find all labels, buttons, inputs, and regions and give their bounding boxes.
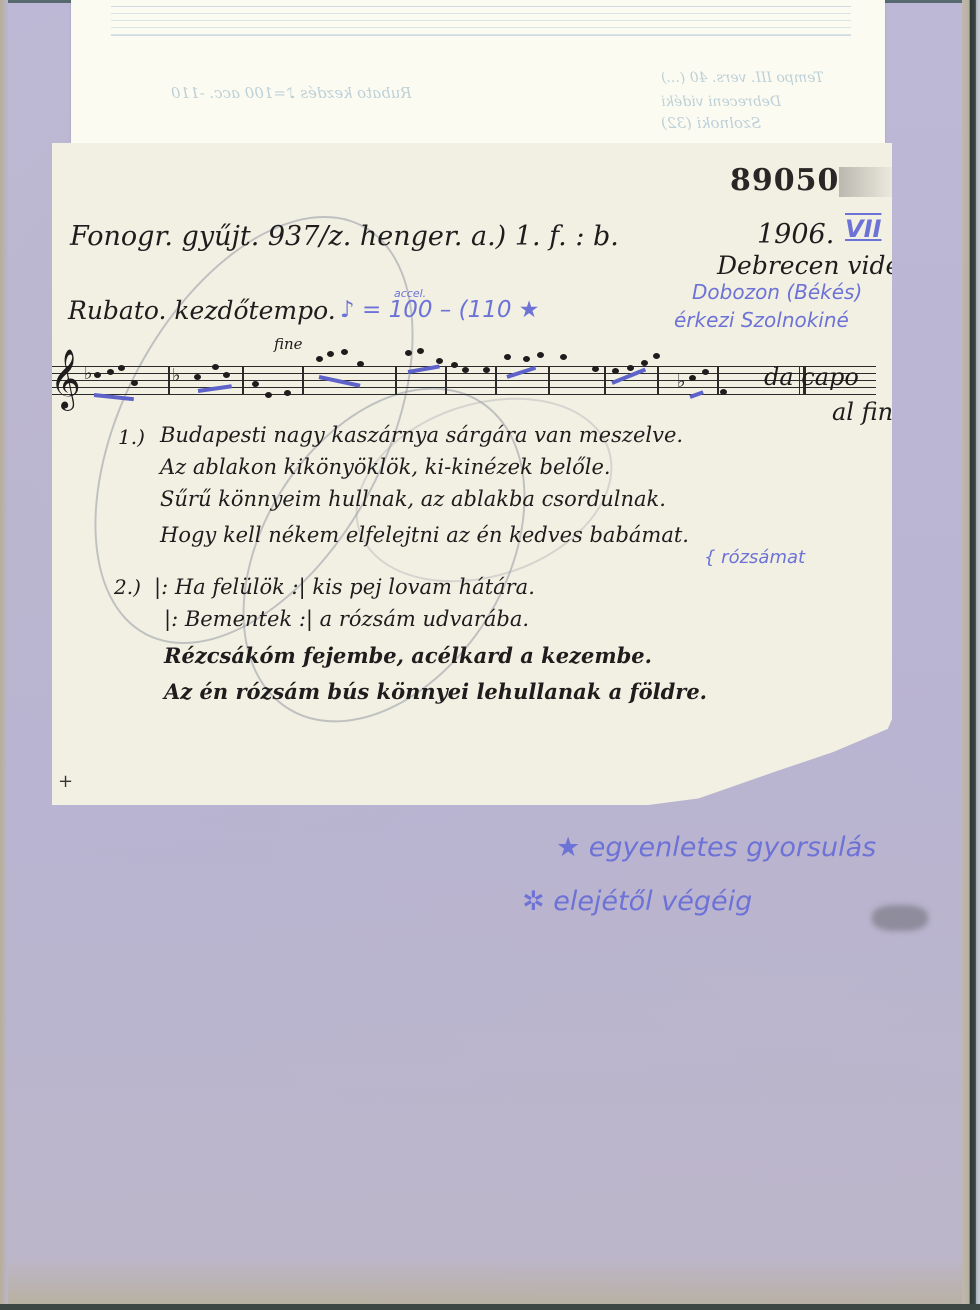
archive-number-stamp: 89050 bbox=[730, 163, 839, 198]
note bbox=[341, 349, 348, 355]
ghost-line: Debreceni vidéki bbox=[661, 94, 781, 110]
bar-line bbox=[495, 366, 497, 395]
ghost-line: Rubato kezdés ♪=100 acc. -110 bbox=[171, 84, 412, 102]
flat-sign: ♭ bbox=[172, 365, 181, 386]
tempo-marking: Rubato. kezdőtempo. bbox=[68, 296, 336, 325]
bar-line bbox=[657, 366, 659, 395]
lyric-line: |: Ha felülök :| kis pej lovam hátára. bbox=[154, 575, 535, 599]
note bbox=[94, 372, 101, 378]
bar-line bbox=[717, 366, 719, 395]
note bbox=[131, 380, 138, 386]
note bbox=[436, 358, 443, 364]
fine-label: fine bbox=[274, 335, 303, 353]
note bbox=[327, 351, 334, 357]
note bbox=[537, 352, 544, 358]
bar-line bbox=[604, 366, 606, 395]
note bbox=[252, 381, 259, 387]
note bbox=[560, 354, 567, 360]
ghost-line: Tempo III. vers. 40 (...) bbox=[661, 70, 824, 86]
singer-annotation: érkezi Szolnokiné bbox=[674, 308, 849, 332]
verse-number: 1.) bbox=[118, 425, 145, 449]
folder-note-line: ★ egyenletes gyorsulás bbox=[556, 832, 876, 863]
date-month-annotation: VII bbox=[845, 215, 881, 243]
corner-mark: + bbox=[58, 771, 73, 792]
note bbox=[592, 366, 599, 372]
folder-note-line: ✲ elejétől végéig bbox=[522, 886, 752, 917]
note bbox=[265, 392, 272, 398]
lyric-line: Sűrű könnyeim hullnak, az ablakba csordu… bbox=[160, 487, 666, 511]
bar-line bbox=[242, 366, 244, 395]
treble-clef-icon: 𝄞 bbox=[50, 349, 81, 410]
village-annotation: Dobozon (Békés) bbox=[692, 280, 862, 304]
note bbox=[641, 360, 648, 366]
ghost-line: Szolnoki (32) bbox=[661, 114, 761, 132]
lyric-line: Az én rózsám bús könnyei lehullanak a fö… bbox=[164, 679, 707, 704]
bar-line bbox=[548, 366, 550, 395]
da-capo-label: da capo bbox=[764, 363, 859, 391]
metronome-annotation: ♪ = 100 – (110 ★ bbox=[340, 297, 539, 323]
lyric-line: Az ablakon kikönyöklök, ki-kinézek belől… bbox=[160, 455, 611, 479]
lyric-line: Hogy kell nékem elfelejtni az én kedves … bbox=[160, 523, 689, 547]
note bbox=[702, 369, 709, 375]
verse-number: 2.) bbox=[114, 575, 141, 599]
note bbox=[483, 367, 490, 373]
folder-bottom-edge bbox=[0, 1304, 980, 1310]
folder-right-edge bbox=[962, 0, 980, 1310]
note bbox=[118, 365, 125, 371]
note bbox=[451, 362, 458, 368]
flat-sign: ♭ bbox=[677, 371, 686, 392]
lyric-line: Budapesti nagy kaszárnya sárgára van mes… bbox=[160, 423, 683, 447]
bar-line bbox=[168, 366, 170, 395]
note bbox=[316, 356, 323, 362]
note bbox=[627, 365, 634, 371]
note bbox=[612, 368, 619, 374]
note bbox=[212, 364, 219, 370]
note bbox=[223, 372, 230, 378]
folder-left-edge bbox=[0, 0, 8, 1310]
note bbox=[357, 361, 364, 367]
recording-date: 1906. bbox=[757, 219, 834, 250]
note bbox=[417, 348, 424, 354]
note bbox=[194, 374, 201, 380]
note bbox=[462, 367, 469, 373]
smudge-mark bbox=[872, 905, 928, 931]
note bbox=[653, 353, 660, 359]
lyric-line: Rézcsákóm fejembe, acélkard a kezembe. bbox=[164, 643, 652, 668]
note bbox=[284, 390, 291, 396]
back-sheet: Rubato kezdés ♪=100 acc. -110 Tempo III.… bbox=[71, 0, 885, 144]
note bbox=[523, 356, 530, 362]
bar-line bbox=[395, 366, 397, 395]
note bbox=[405, 350, 412, 356]
song-card: 89050 Fonogr. gyűjt. 937/z. henger. a.) … bbox=[52, 143, 892, 805]
ghost-staff bbox=[111, 6, 851, 36]
lyric-correction-annotation: { rózsámat bbox=[704, 547, 805, 568]
bar-line bbox=[302, 366, 304, 395]
source-reference: Fonogr. gyűjt. 937/z. henger. a.) 1. f. … bbox=[70, 221, 619, 252]
note bbox=[107, 369, 114, 375]
note bbox=[689, 375, 696, 381]
note bbox=[504, 354, 511, 360]
bar-line bbox=[445, 366, 447, 395]
lyric-line: |: Bementek :| a rózsám udvarába. bbox=[164, 607, 529, 631]
flat-sign: ♭ bbox=[84, 363, 93, 384]
note bbox=[720, 389, 727, 395]
